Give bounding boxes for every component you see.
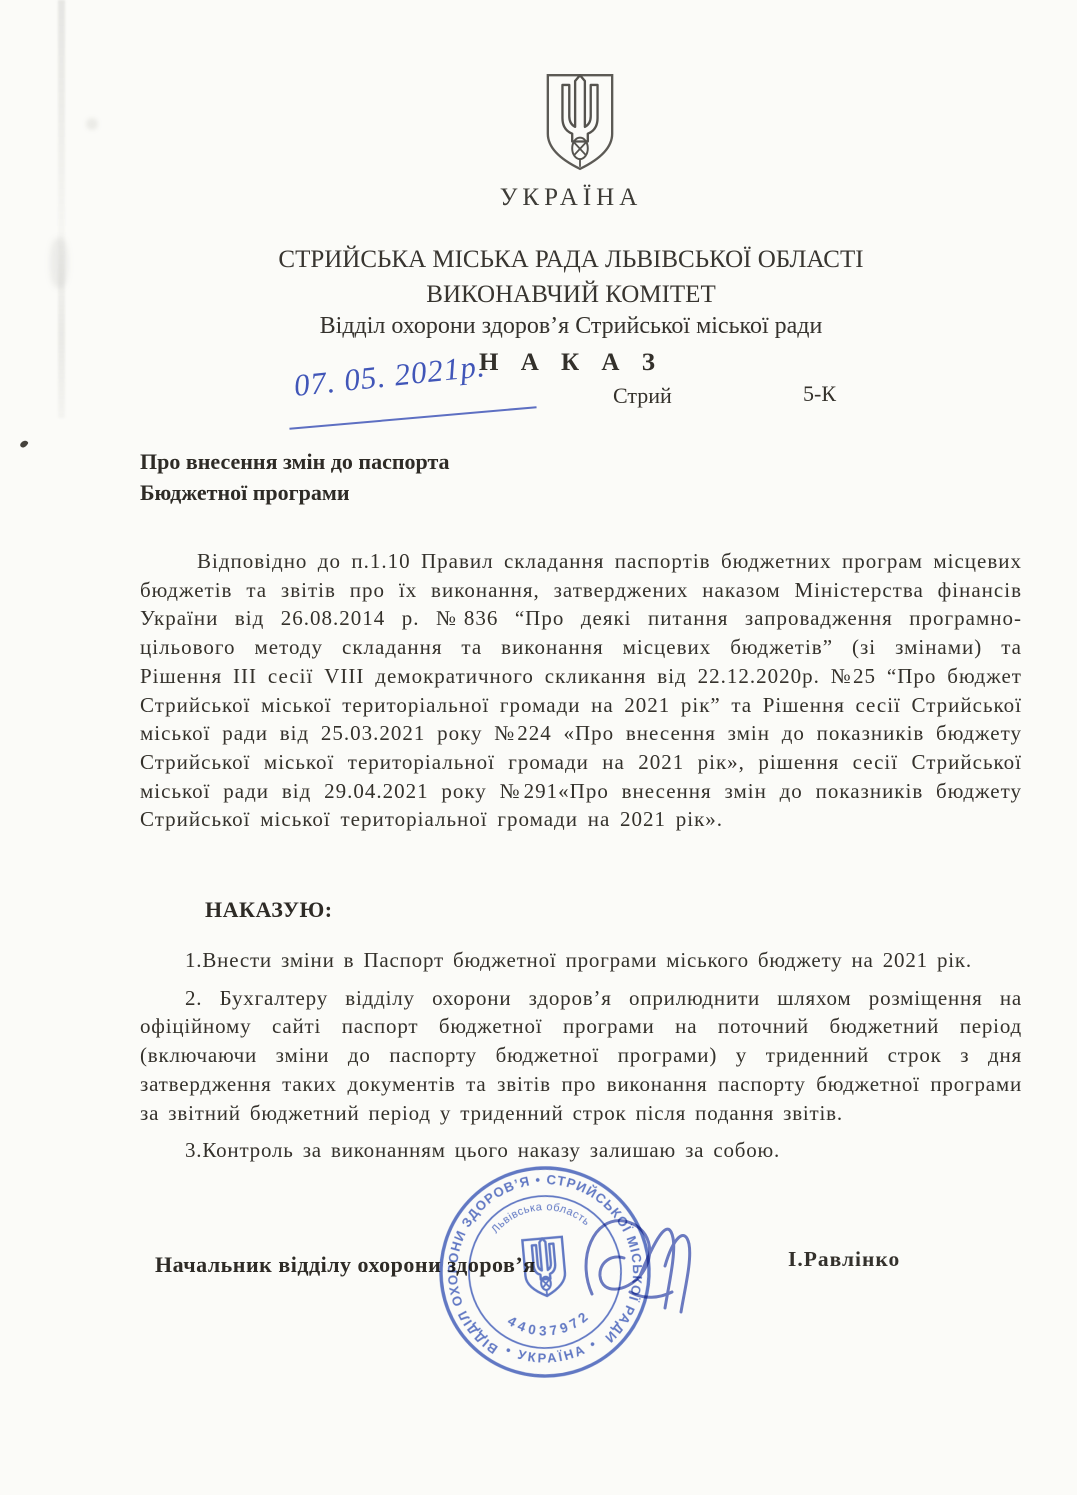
scan-speck-artifact xyxy=(19,439,29,449)
order-item-2: 2. Бухгалтеру відділу охорони здоров’я о… xyxy=(140,984,1022,1128)
subject-line1: Про внесення змін до паспорта xyxy=(140,446,450,477)
svg-text:• УКРАЇНА •: • УКРАЇНА • xyxy=(502,1334,602,1369)
stamp-trident-icon xyxy=(522,1237,566,1298)
signature-scribble xyxy=(572,1196,727,1336)
ukraine-trident-icon xyxy=(541,71,619,173)
document-type-title: Н А К А З xyxy=(65,349,1077,377)
preamble-paragraph: Відповідно до п.1.10 Правил складання па… xyxy=(140,547,1022,834)
handwritten-underline xyxy=(289,406,536,430)
order-items: 1.Внести зміни в Паспорт бюджетної прогр… xyxy=(140,946,1022,1165)
stamp-country-text: • УКРАЇНА • xyxy=(502,1334,602,1369)
resolution-heading: НАКАЗУЮ: xyxy=(205,897,333,923)
org-name-line2: ВИКОНАВЧИЙ КОМІТЕТ xyxy=(65,281,1077,309)
document-number: 5-К xyxy=(803,381,836,407)
country-title: УКРАЇНА xyxy=(65,184,1077,212)
org-name-line1: СТРИЙСЬКА МІСЬКА РАДА ЛЬВІВСЬКОЇ ОБЛАСТІ xyxy=(65,246,1077,274)
scan-smudge-artifact xyxy=(86,118,98,130)
scan-streak-artifact xyxy=(58,0,65,418)
order-item-1: 1.Внести зміни в Паспорт бюджетної прогр… xyxy=(140,946,1022,975)
subject-line2: Бюджетної програми xyxy=(140,477,450,508)
scanned-order-document: УКРАЇНА СТРИЙСЬКА МІСЬКА РАДА ЛЬВІВСЬКОЇ… xyxy=(0,0,1077,1495)
signatory-name: І.Равлінко xyxy=(788,1247,900,1272)
issue-place: Стрий xyxy=(613,383,672,409)
subject-block: Про внесення змін до паспорта Бюджетної … xyxy=(140,446,450,508)
org-department-line: Відділ охорони здоров’я Стрийської міськ… xyxy=(65,313,1077,340)
